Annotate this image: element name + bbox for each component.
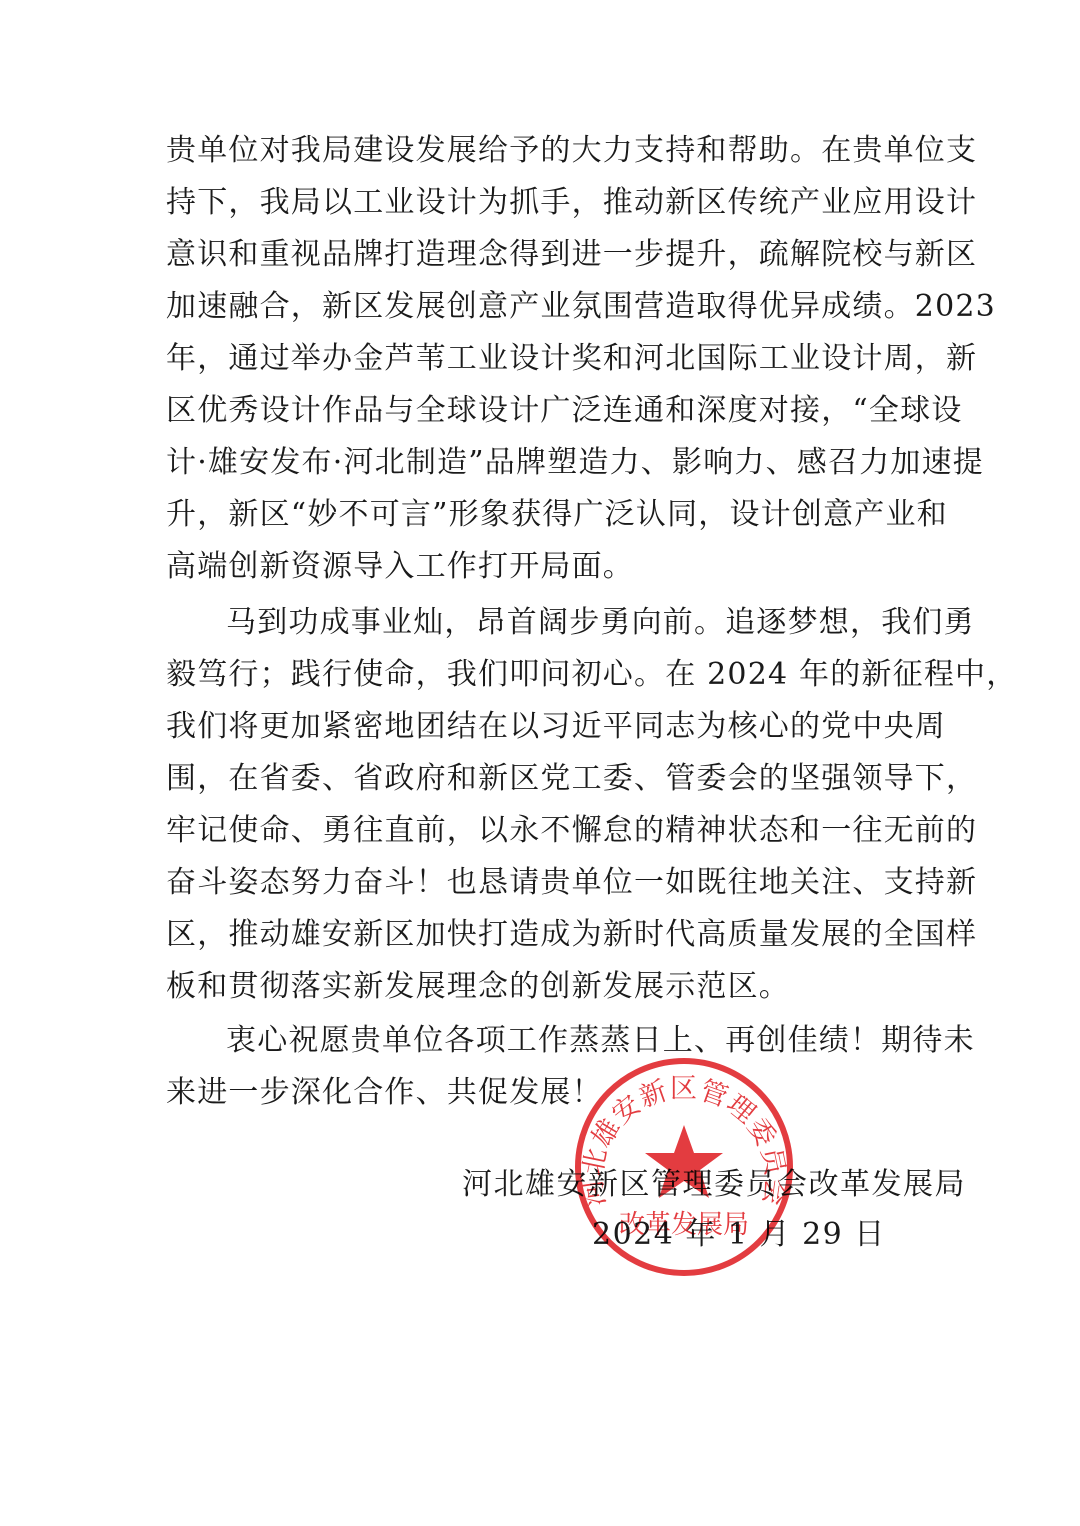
text-line: 持下，我局以工业设计为抓手，推动新区传统产业应用设计 <box>166 185 930 221</box>
text-line: 围，在省委、省政府和新区党工委、管委会的坚强领导下， <box>166 761 930 797</box>
text-line: 区，推动雄安新区加快打造成为新时代高质量发展的全国样 <box>166 917 930 953</box>
text-line: 马到功成事业灿，昂首阔步勇向前。追逐梦想，我们勇 <box>226 605 930 641</box>
text-line: 区优秀设计作品与全球设计广泛连通和深度对接，“全球设 <box>166 393 930 429</box>
text-line: 我们将更加紧密地团结在以习近平同志为核心的党中央周 <box>166 709 930 745</box>
text-line: 计·雄安发布·河北制造”品牌塑造力、影响力、感召力加速提 <box>166 445 930 481</box>
text-line: 升，新区“妙不可言”形象获得广泛认同，设计创意产业和 <box>166 497 930 533</box>
text-line: 年，通过举办金芦苇工业设计奖和河北国际工业设计周，新 <box>166 341 930 377</box>
text-line: 奋斗姿态努力奋斗！也恳请贵单位一如既往地关注、支持新 <box>166 865 930 901</box>
text-line: 意识和重视品牌打造理念得到进一步提升，疏解院校与新区 <box>166 237 930 273</box>
official-seal: 河北雄安新区管理委员会 改革发展局 <box>572 1055 796 1279</box>
text-line: 毅笃行；践行使命，我们叩问初心。在 2024 年的新征程中， <box>166 657 930 693</box>
text-line: 来进一步深化合作、共促发展！ <box>166 1075 930 1111</box>
text-line: 衷心祝愿贵单位各项工作蒸蒸日上、再创佳绩！期待未 <box>226 1023 930 1059</box>
document-page: 贵单位对我局建设发展给予的大力支持和帮助。在贵单位支 持下，我局以工业设计为抓手… <box>0 0 1080 1526</box>
text-line: 牢记使命、勇往直前，以永不懈怠的精神状态和一往无前的 <box>166 813 930 849</box>
text-line: 贵单位对我局建设发展给予的大力支持和帮助。在贵单位支 <box>166 133 930 169</box>
seal-inner-text: 改革发展局 <box>619 1210 749 1240</box>
star-icon <box>645 1125 723 1198</box>
text-line: 高端创新资源导入工作打开局面。 <box>166 549 930 585</box>
text-line: 加速融合，新区发展创意产业氛围营造取得优异成绩。2023 <box>166 289 930 325</box>
text-line: 板和贯彻落实新发展理念的创新发展示范区。 <box>166 969 930 1005</box>
